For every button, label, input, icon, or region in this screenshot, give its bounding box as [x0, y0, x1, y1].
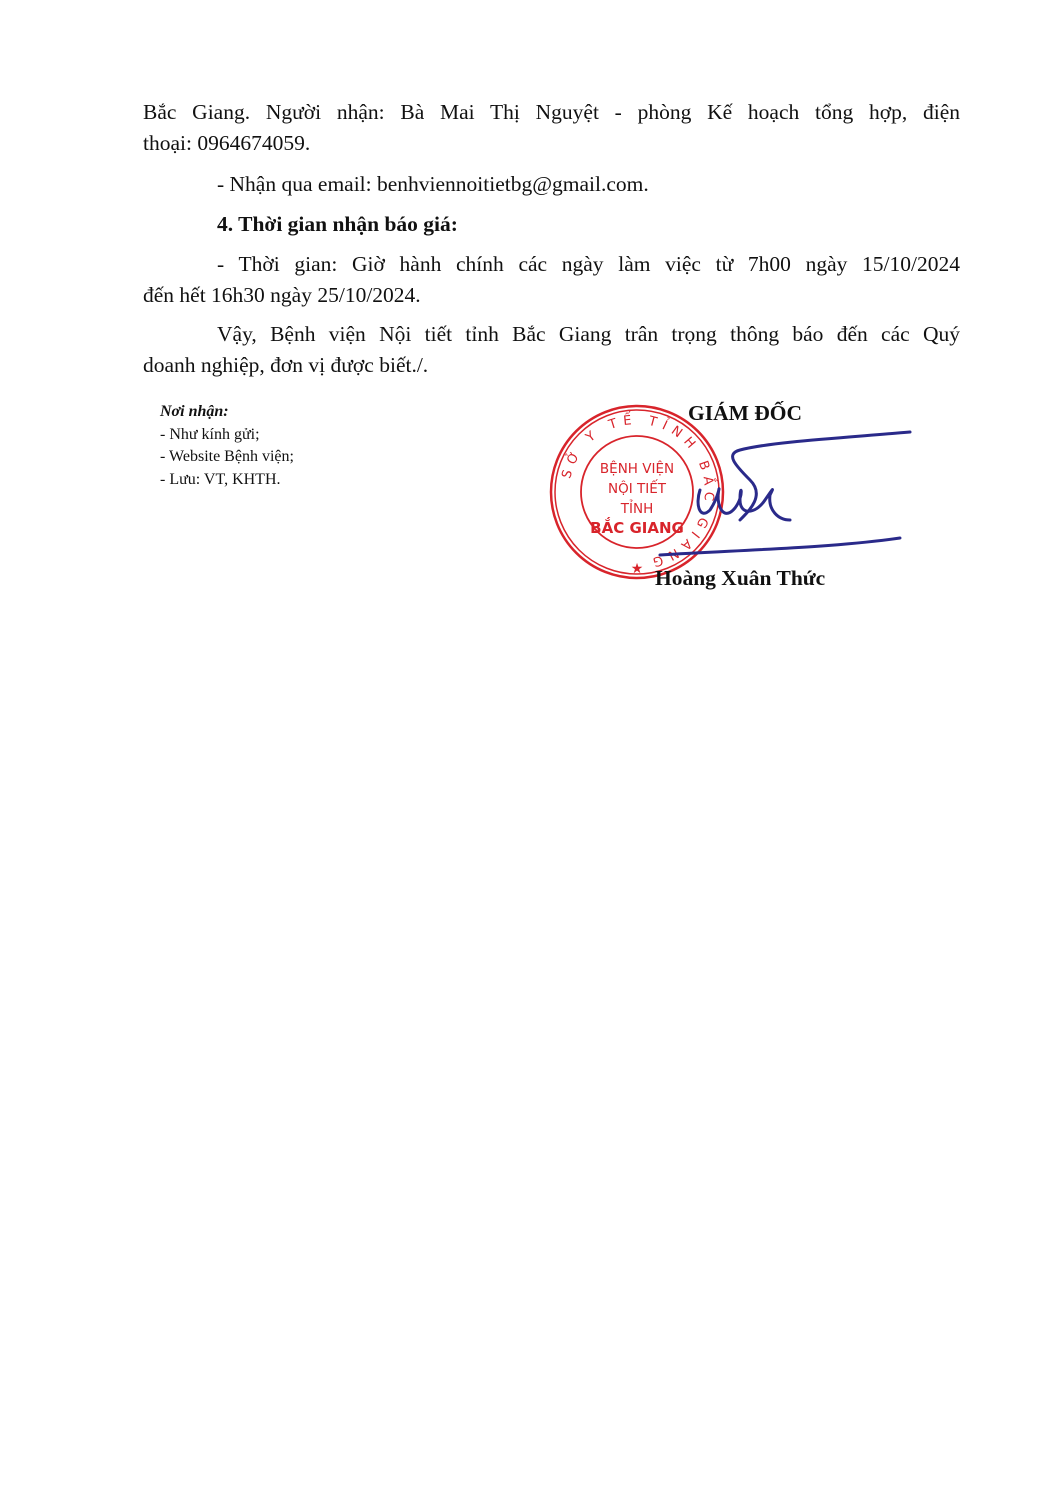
recipients-title: Nơi nhận:	[160, 401, 294, 424]
section-4-heading: 4. Thời gian nhận báo giá:	[143, 212, 960, 237]
time-line-1: - Thời gian: Giờ hành chính các ngày làm…	[143, 252, 960, 277]
recipient-item: - Website Bệnh viện;	[160, 446, 294, 469]
email-line: - Nhận qua email: benhviennoitietbg@gmai…	[143, 172, 960, 197]
signatory-title: GIÁM ĐỐC	[688, 401, 802, 426]
recipient-item: - Lưu: VT, KHTH.	[160, 469, 294, 492]
handwritten-signature	[600, 420, 920, 580]
recipients-block: Nơi nhận: - Như kính gửi; - Website Bệnh…	[160, 401, 294, 491]
closing-line-1: Vậy, Bệnh viện Nội tiết tỉnh Bắc Giang t…	[143, 322, 960, 347]
closing-line-2: doanh nghiệp, đơn vị được biết./.	[143, 353, 960, 378]
address-line-1: Bắc Giang. Người nhận: Bà Mai Thị Nguyệt…	[143, 100, 960, 125]
address-line-2: thoại: 0964674059.	[143, 131, 960, 156]
recipient-item: - Như kính gửi;	[160, 424, 294, 447]
time-line-2: đến hết 16h30 ngày 25/10/2024.	[143, 283, 960, 308]
signatory-name: Hoàng Xuân Thức	[655, 566, 825, 591]
document-page: Bắc Giang. Người nhận: Bà Mai Thị Nguyệt…	[0, 0, 1061, 1500]
